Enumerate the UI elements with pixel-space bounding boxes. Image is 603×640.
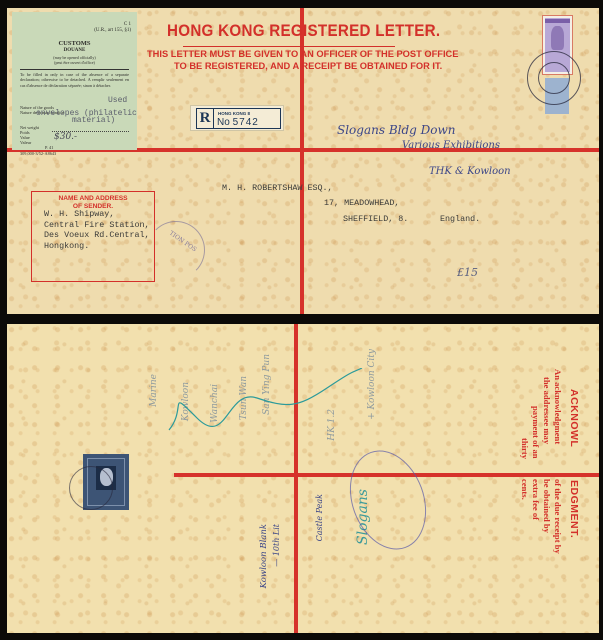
registration-office: HONG KONG 8 [218,111,250,116]
ack-text-col-1a: An acknowledgment [552,369,563,444]
registration-letter: R [197,109,214,128]
handwritten-note-1: Slogans Bldg Down [337,123,456,137]
customs-note: (may be opened officially) (peut être ou… [12,55,137,65]
ack-text-col-1b: of the due receipt by [552,479,563,554]
registration-number: No 5742 [217,117,259,128]
back-note-kowloon-city: + Kowloon City [367,349,377,420]
back-postmark [69,466,113,510]
postmark-inner-ring [538,62,570,94]
title-underline [183,46,395,47]
sender-line-3: Des Voeux Rd.Central, [44,230,150,240]
customs-divider [20,69,129,70]
envelope-front: HONG KONG REGISTERED LETTER. THIS LETTER… [7,8,599,314]
customs-label: C 1 (U.R., art 155, §1) CUSTOMS DOUANE (… [12,12,137,150]
sender-line-2: Central Fire Station, [44,220,150,230]
customs-instructions: To be filled in only in case of the abse… [20,72,129,88]
nature-value-3: material) [72,116,115,126]
back-note-kowloon-blank: Kowloon Blank [259,524,269,588]
acknowledgment-title-2: EDGMENT. [568,480,580,538]
ack-text-col-4b: cents. [519,479,530,500]
registration-box: R HONG KONG 8 No 5742 [196,108,281,129]
value-label: Value Valeur [20,135,31,146]
instruction-line-1: THIS LETTER MUST BE GIVEN TO AN OFFICER … [147,49,458,59]
instruction-line-2: TO BE REGISTERED, AND A RECEIPT BE OBTAI… [174,61,442,71]
ack-text-col-2b: be obtained by [541,479,552,533]
acknowledgment-title-1: ACKNOWL [568,389,580,447]
sender-line-1: W. H. Shipway, [44,209,114,219]
value-handwritten: $30.- [54,132,77,143]
ack-text-col-2a: the addressee may [541,377,552,444]
nature-value-1: Used [108,96,127,106]
customs-heading: CUSTOMS [12,40,137,48]
ack-text-col-3b: extra fee of [530,479,541,520]
handwritten-circle [337,440,440,560]
customs-heading-fr: DOUANE [12,48,137,54]
handwritten-note-2: Various Exhibitions [402,140,500,151]
stamp-country-band [545,19,570,23]
addressee-country: England. [440,214,480,224]
ack-text-col-4a: thirty [519,438,530,459]
back-note-marine: Marine [149,374,159,407]
registered-letter-title: HONG KONG REGISTERED LETTER. [167,22,440,41]
registration-label: R HONG KONG 8 No 5742 [190,105,284,131]
addressee-line-1: M. H. ROBERTSHAW ESQ., [222,183,333,193]
back-note-castle-peak: Castle Peak [315,494,324,541]
handwritten-price: £15 [457,266,478,279]
customs-form-code: C 1 (U.R., art 155, §1) [94,22,131,35]
envelope-back: ACKNOWL EDGMENT. An acknowledgment of th… [7,324,599,633]
king-portrait-icon [551,26,564,50]
print-ref: 309,000-3/52-A8643 [20,151,56,156]
form-footer: P. 41 [45,145,53,150]
cancel-mark-partial [147,221,205,279]
addressee-line-2: 17, MEADOWHEAD, [324,198,399,208]
handwritten-note-3: THK & Kowloon [429,166,511,177]
wavy-ink-line [167,368,367,448]
back-note-10th-lit: — 10th Lit [272,524,281,567]
ack-text-col-3a: payment of an [530,406,541,459]
sender-line-4: Hongkong. [44,241,89,251]
addressee-line-3: SHEFFIELD, 8. [343,214,408,224]
